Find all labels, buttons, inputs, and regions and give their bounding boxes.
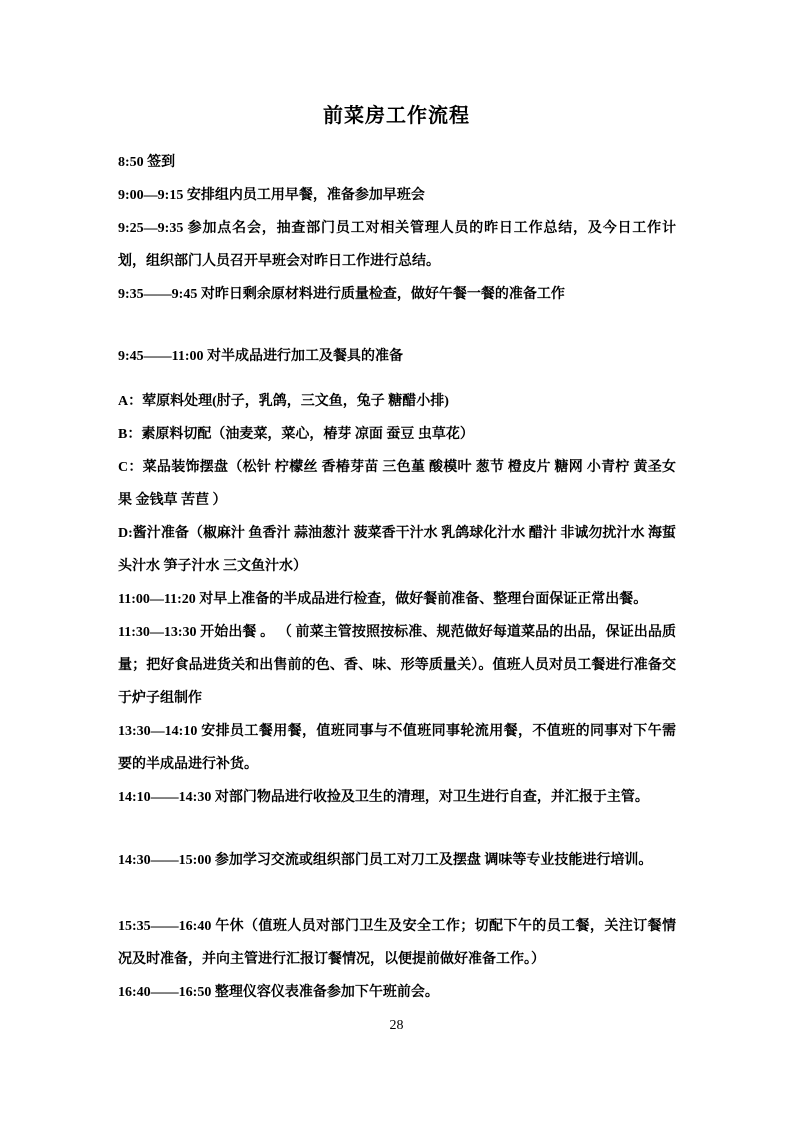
schedule-paragraph-rollcall: 9:25—9:35 参加点名会，抽查部门员工对相关管理人员的昨日工作总结，及今日… (118, 212, 676, 278)
schedule-paragraph-signin: 8:50 签到 (118, 146, 676, 179)
schedule-paragraph-service-start: 11:30—13:30 开始出餐 。 （ 前菜主管按照按标准、规范做好每道菜品的… (118, 616, 676, 715)
schedule-paragraph-cleanup: 14:10——14:30 对部门物品进行收捡及卫生的清理，对卫生进行自查，并汇报… (118, 781, 676, 814)
document-title: 前菜房工作流程 (0, 103, 793, 130)
schedule-paragraph-item-b: B：素原料切配（油麦菜，菜心，椿芽 凉面 蚕豆 虫草花） (118, 418, 676, 451)
schedule-paragraph-semi-finished-prep: 9:45——11:00 对半成品进行加工及餐具的准备 (118, 340, 676, 373)
schedule-paragraph-staff-meal: 13:30—14:10 安排员工餐用餐，值班同事与不值班同事轮流用餐，不值班的同… (118, 715, 676, 781)
schedule-paragraph-item-d: D:酱汁准备（椒麻汁 鱼香汁 蒜油葱汁 菠菜香干汁水 乳鸽球化汁水 醋汁 非诚勿… (118, 517, 676, 583)
schedule-paragraph-afternoon-meeting: 16:40——16:50 整理仪容仪表准备参加下午班前会。 (118, 976, 676, 1009)
page-number: 28 (0, 1014, 793, 1038)
schedule-paragraph-item-a: A：荤原料处理(肘子，乳鸽，三文鱼，兔子 糖醋小排) (118, 385, 676, 418)
document-page: 前菜房工作流程 8:50 签到 9:00—9:15 安排组内员工用早餐，准备参加… (0, 0, 793, 1122)
schedule-paragraph-breakfast: 9:00—9:15 安排组内员工用早餐，准备参加早班会 (118, 179, 676, 212)
document-body: 8:50 签到 9:00—9:15 安排组内员工用早餐，准备参加早班会 9:25… (118, 146, 676, 1009)
schedule-paragraph-pre-service-check: 11:00—11:20 对早上准备的半成品进行检查，做好餐前准备、整理台面保证正… (118, 583, 676, 616)
schedule-paragraph-material-check: 9:35——9:45 对昨日剩余原材料进行质量检查，做好午餐一餐的准备工作 (118, 278, 676, 311)
schedule-paragraph-break: 15:35——16:40 午休（值班人员对部门卫生及安全工作；切配下午的员工餐，… (118, 910, 676, 976)
schedule-paragraph-training: 14:30——15:00 参加学习交流或组织部门员工对刀工及摆盘 调味等专业技能… (118, 844, 676, 877)
schedule-paragraph-item-c: C：菜品装饰摆盘（松针 柠檬丝 香椿芽苗 三色堇 酸模叶 葱节 橙皮片 糖网 小… (118, 451, 676, 517)
